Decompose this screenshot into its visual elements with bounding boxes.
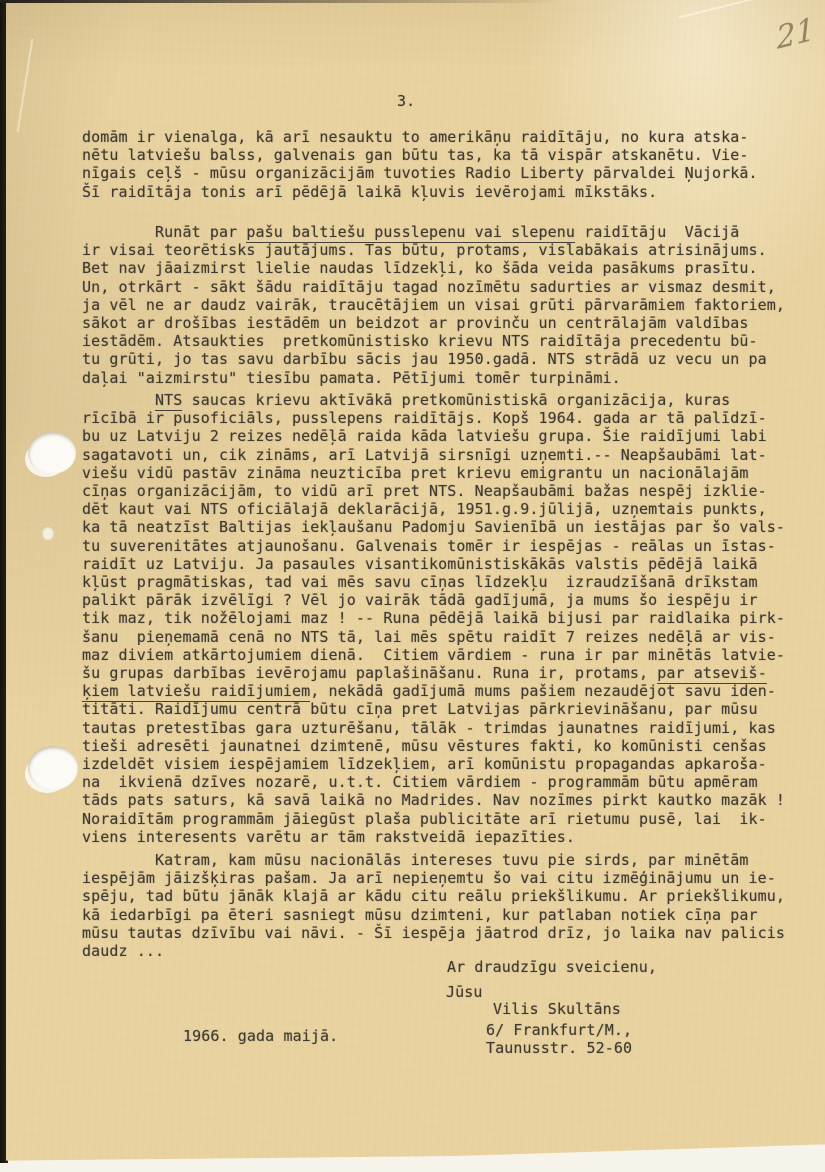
text-line: iespējām jāizšķiras pašam. Ja arī nepieņ… [82, 869, 785, 887]
text-line: tieši adresēti jaunatnei dzimtenē, mūsu … [82, 737, 785, 755]
address-line-1: 6/ Frankfurt/M., [486, 1021, 632, 1039]
text-line: spēju, tad būtu jānāk klajā ar kādu citu… [82, 887, 785, 905]
scan-edge-top [0, 0, 560, 3]
address-line-2: Taunusstr. 52-60 [486, 1039, 632, 1057]
paper-crease-top-left [17, 38, 34, 132]
text-line: maz diviem atkārtojumiem dienā. Citiem v… [82, 646, 785, 664]
text-line: mūsu tautas dzīvību vai nāvi. - Šī iespē… [82, 924, 785, 942]
text-line: kā iedarbīgi pa ēteri sasniegt mūsu dzim… [82, 906, 785, 924]
text-line: Bet nav jāaizmirst lielie naudas līdzekļ… [82, 259, 785, 277]
text-line: domām ir vienalga, kā arī nesauktu to am… [82, 128, 758, 146]
underlined-text: NTS [155, 391, 182, 411]
text-line: viešu vidū pastāv zināma neuzticība pret… [82, 464, 785, 482]
paragraph: domām ir vienalga, kā arī nesauktu to am… [82, 128, 758, 201]
text-line: na ikvienā dzīves nozarē, u.t.t. Citiem … [82, 773, 785, 791]
closing-salutation: Ar draudzīgu sveicienu, [447, 958, 657, 976]
text-line: Katram, kam mūsu nacionālās intereses tu… [82, 851, 785, 869]
scanned-letter-page: 21 3. domām ir vienalga, kā arī nesauktu… [0, 0, 825, 1172]
punch-hole-bottom [28, 746, 78, 790]
paragraph: NTS saucas krievu aktīvākā pretkomūnisti… [82, 391, 785, 846]
text-line: rīcībā ir pusoficiāls, pusslepens raidīt… [82, 409, 785, 427]
signature-name: Vilis Skultāns [493, 1000, 621, 1018]
text-line: bu uz Latviju 2 reizes nedēļā raida kāda… [82, 427, 785, 445]
text-line: Šī raidītāja tonis arī pēdējā laikā kļuv… [82, 183, 758, 201]
paragraph: Katram, kam mūsu nacionālās intereses tu… [82, 851, 785, 960]
text-line: iestādēm. Atsaukties pretkomūnistisko kr… [82, 332, 785, 350]
text-line: nīgais ceļš - mūsu organizācijām tuvotie… [82, 164, 758, 182]
text-line: Un, otrkārt - sākt šādu raidītāju tagad … [82, 278, 785, 296]
text-line: ja vēl ne ar daudz vairāk, traucētājiem … [82, 296, 785, 314]
text-line: sagatavoti un, cik zināms, arī Latvijā s… [82, 446, 785, 464]
text-line: šanu pieņemamā cenā no NTS tā, lai mēs s… [82, 628, 785, 646]
text-line: tāds pats saturs, kā savā laikā no Madri… [82, 791, 785, 809]
page-number: 3. [397, 92, 415, 110]
text-line: raidīt uz Latviju. Ja pasaules visantiko… [82, 555, 785, 573]
handwritten-pencil-mark: 21 [775, 11, 816, 57]
paper-sheet: 21 3. domām ir vienalga, kā arī nesauktu… [6, 0, 825, 1163]
text-line: šu grupas darbības ievērojamu paplašināš… [82, 664, 785, 682]
text-line: tautas pretestības gara uzturēšanu, tālā… [82, 719, 785, 737]
paragraph: Runāt par pašu baltiešu pusslepenu vai s… [82, 223, 785, 387]
text-line: tu suverenitātes atjaunošanu. Galvenais … [82, 537, 785, 555]
text-line: daļai "aizmirstu" tiesību pamata. Pētīju… [82, 369, 785, 387]
text-line: tu grūti, jo tas savu darbību sācis jau … [82, 350, 785, 368]
text-line: nētu latviešu balss, galvenais gan būtu … [82, 146, 758, 164]
text-line: ka tā neatzīst Baltijas iekļaušanu Padom… [82, 518, 785, 536]
text-line: ķiem latviešu raidījumiem, nekādā gadīju… [82, 682, 785, 700]
text-line: viens interesents varētu ar tām rakstvei… [82, 828, 785, 846]
text-line: Runāt par pašu baltiešu pusslepenu vai s… [82, 223, 785, 241]
text-line: Noraidītām programmām jāiegūst plaša pub… [82, 810, 785, 828]
text-line: titāti. Raidījumu centrā būtu cīņa pret … [82, 700, 785, 718]
punch-hole-top [28, 432, 76, 474]
date-line: 1966. gada maijā. [183, 1027, 338, 1045]
text-line: cīņas organizācijām, to vidū arī pret NT… [82, 482, 785, 500]
text-line: izdeldēt visiem iespējamiem līdzekļiem, … [82, 755, 785, 773]
text-line: tik maz, tik nožēlojami maz ! -- Runa pē… [82, 609, 785, 627]
text-line: palikt pārāk izvēlīgi ? Vēl jo vairāk tā… [82, 591, 785, 609]
paper-blemish [42, 526, 54, 540]
underlined-text: ķiem latviešu raidījumiem [82, 682, 310, 702]
text-line: dēt kaut vai NTS oficiālajā deklarācijā,… [82, 500, 785, 518]
paper-crease-top-right [679, 0, 796, 18]
underlined-text: pašu baltiešu pusslepenu vai slepenu [246, 223, 575, 243]
text-line: sākot ar drošības iestādēm un beidzot ar… [82, 314, 785, 332]
text-line: daudz ... [82, 942, 785, 960]
closing-signoff: Jūsu [446, 983, 483, 1001]
text-line: ir visai teorētisks jautājums. Tas būtu,… [82, 241, 785, 259]
text-line: kļūst pragmātiskas, tad vai mēs savu cīņ… [82, 573, 785, 591]
underlined-text: par atseviš- [657, 664, 767, 684]
text-line: NTS saucas krievu aktīvākā pretkomūnisti… [82, 391, 785, 409]
